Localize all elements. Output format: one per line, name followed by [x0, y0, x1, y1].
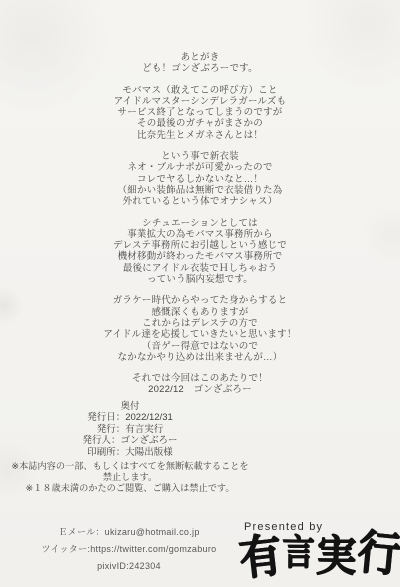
afterword-header: あとがき ども！ゴンざぶろーです。 [0, 52, 400, 75]
colophon-entry: 発行人：ゴンざぶろー [2, 435, 258, 446]
afterword-greeting: ども！ゴンざぶろーです。 [0, 63, 400, 74]
presented-by-block: Presented by 有言実行 [238, 521, 396, 581]
text-line: っていう脳内妄想です。 [0, 274, 400, 285]
calligraphy-char: 有 [237, 531, 284, 581]
colophon-heading: 奥付 [2, 401, 258, 412]
text-line: サービス終了となってしまうのですが [0, 107, 400, 118]
notice-line: ※本誌内容の一部、もしくはすべてを無断転載することを [2, 461, 258, 472]
text-line: という事で新衣装 [0, 151, 400, 162]
notice-line: ※１８歳未満のかたのご閲覧、ご購入は禁止です。 [2, 483, 258, 494]
text-line: アイドル達を応援していきたいと思います！ [0, 329, 400, 340]
calligraphy-char: 行 [356, 528, 400, 579]
paragraph: ガラケー時代からやってた身からすると感慨深くもありますがこれからはデレステの方で… [0, 295, 400, 363]
text-line: 2022/12 ゴンざぶろー [0, 384, 400, 395]
contact-line: Ｅメール：ukizaru@hotmail.co.jp [0, 524, 258, 541]
colophon-entries: 発行日：2022/12/31発行：有言実行発行人：ゴンざぶろー印刷所：大陽出版様 [2, 412, 258, 458]
contact-section: Ｅメール：ukizaru@hotmail.co.jpツイッター:https://… [0, 524, 258, 575]
text-line: それでは今回はこのあたりで！ [0, 373, 400, 384]
text-line: 外れているという体でオナシャス） [0, 196, 400, 207]
text-line: その最後のガチャがまさかの [0, 118, 400, 129]
afterword-title: あとがき [0, 52, 400, 63]
paragraph: モバマス（敢えてこの呼び方）ことアイドルマスターシンデレラガールズもサービス終了… [0, 85, 400, 141]
paragraph: という事で新衣装ネオ・ブルナポが可愛かったのでコレでヤるしかないなと…！（細かい… [0, 151, 400, 207]
text-line: 機材移動が終わったモバマス事務所で [0, 251, 400, 262]
text-line: 最後にアイドル衣装でＨしちゃおう [0, 263, 400, 274]
text-line: ネオ・ブルナポが可愛かったので [0, 162, 400, 173]
text-line: 比奈先生とメガネさんとは！ [0, 130, 400, 141]
text-line: デレステ事務所にお引越しという感じで [0, 240, 400, 251]
text-line: （細かい装飾品は無断で衣装借りた為 [0, 185, 400, 196]
colophon-entry: 発行：有言実行 [2, 424, 258, 435]
text-line: シチュエーションとしては [0, 218, 400, 229]
paragraph: シチュエーションとしては事業拡大の為モバマス事務所からデレステ事務所にお引越しと… [0, 218, 400, 286]
circle-name-calligraphy: 有言実行 [237, 530, 396, 581]
text-line: 事業拡大の為モバマス事務所から [0, 229, 400, 240]
colophon-section: 奥付 発行日：2022/12/31発行：有言実行発行人：ゴンざぶろー印刷所：大陽… [2, 401, 258, 493]
colophon-entry: 発行日：2022/12/31 [2, 412, 258, 423]
calligraphy-char: 実 [316, 535, 357, 578]
text-line: これからはデレステの方で [0, 318, 400, 329]
scan-page: あとがき ども！ゴンざぶろーです。 モバマス（敢えてこの呼び方）ことアイドルマス… [0, 0, 400, 587]
contact-line: ツイッター:https://twitter.com/gomzaburo [0, 541, 258, 558]
notice-line: 禁止します。 [2, 472, 258, 483]
calligraphy-char: 言 [282, 534, 315, 570]
text-line: モバマス（敢えてこの呼び方）こと [0, 85, 400, 96]
text-line: ガラケー時代からやってた身からすると [0, 295, 400, 306]
paragraph: それでは今回はこのあたりで！2022/12 ゴンざぶろー [0, 373, 400, 396]
text-line: （音ゲー得意ではないので [0, 341, 400, 352]
colophon-notices: ※本誌内容の一部、もしくはすべてを無断転載することを禁止します。※１８歳未満のか… [2, 461, 258, 493]
contact-line: pixivID:242304 [0, 558, 258, 575]
afterword-body: モバマス（敢えてこの呼び方）ことアイドルマスターシンデレラガールズもサービス終了… [0, 85, 400, 396]
afterword-section: あとがき ども！ゴンざぶろーです。 モバマス（敢えてこの呼び方）ことアイドルマス… [0, 52, 400, 406]
text-line: 感慨深くもありますが [0, 307, 400, 318]
colophon-entry: 印刷所：大陽出版様 [2, 447, 258, 458]
text-line: なかなかやり込めは出来ませんが…） [0, 352, 400, 363]
text-line: コレでヤるしかないなと…！ [0, 174, 400, 185]
text-line: アイドルマスターシンデレラガールズも [0, 96, 400, 107]
